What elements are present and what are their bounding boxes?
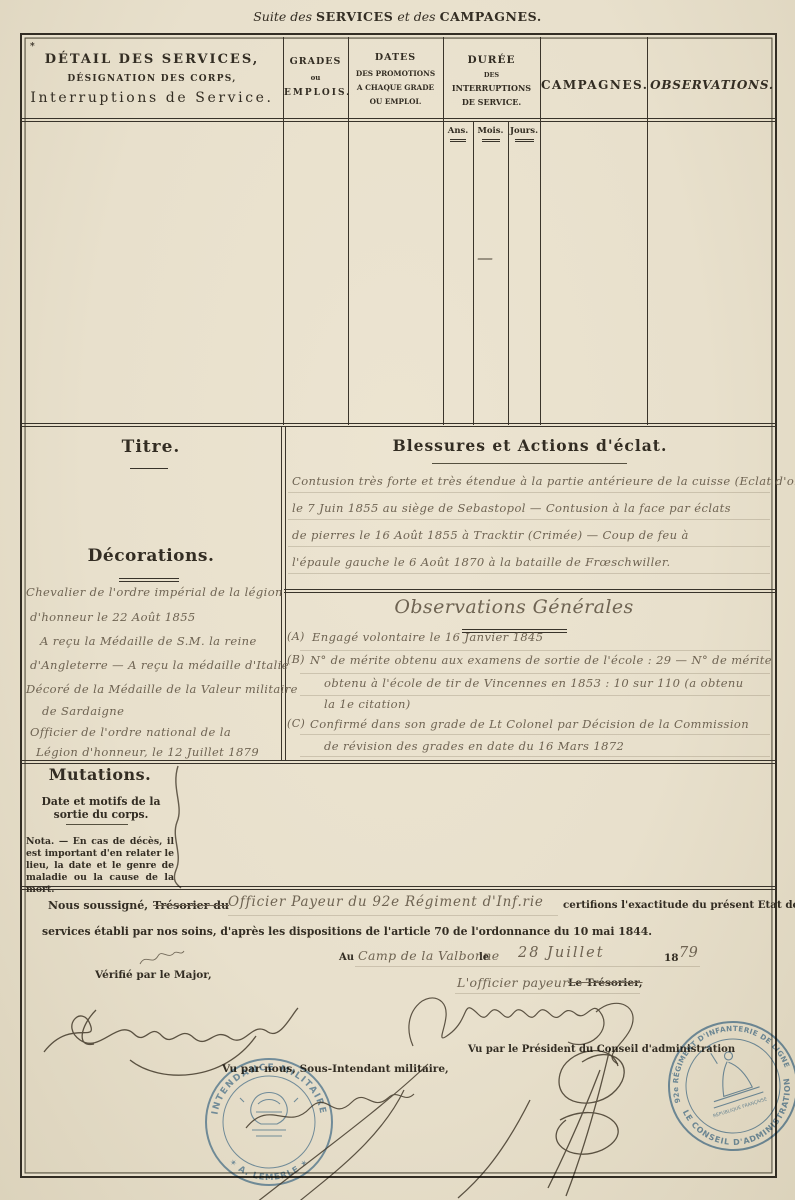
ruled-line xyxy=(288,492,770,493)
section-divider-line xyxy=(285,427,286,760)
date-au-printed: Au xyxy=(339,952,354,963)
subheader-underline xyxy=(515,139,534,142)
column-header-detail-services: DÉTAIL DES SERVICES, DÉSIGNATION DES COR… xyxy=(22,52,282,106)
obs-item-line: Confirmé dans son grade de Lt Colonel pa… xyxy=(310,717,749,731)
scanned-military-service-document: Suite des SERVICES et des CAMPAGNES. * D… xyxy=(0,0,795,1200)
obs-item-line: obtenu à l'école de tir de Vincennes en … xyxy=(324,676,744,690)
column-header-campagnes: CAMPAGNES. xyxy=(541,78,646,92)
obs-item-line: la 1e citation) xyxy=(324,697,411,711)
table-subcolumn-line xyxy=(473,122,474,425)
obs-generales-heading: Observations Générales xyxy=(284,596,744,618)
titre-heading: Titre. xyxy=(22,437,280,457)
header-line: DES xyxy=(444,71,539,79)
mois-dash-mark: — xyxy=(477,248,493,267)
obs-item-label: (B) xyxy=(287,653,305,666)
blessures-line: de pierres le 16 Août 1855 à Tracktir (C… xyxy=(292,528,689,542)
page-title: Suite des SERVICES et des CAMPAGNES. xyxy=(0,9,795,24)
header-line: GRADES xyxy=(284,56,347,67)
header-line: DÉTAIL DES SERVICES, xyxy=(22,52,282,67)
mutations-top-divider xyxy=(21,760,776,764)
header-line: DATES xyxy=(349,52,442,63)
ruled-line xyxy=(300,673,770,674)
column-header-duree: DURÉE DES INTERRUPTIONS DE SERVICE. xyxy=(444,54,539,107)
obs-item-label: (C) xyxy=(287,717,305,730)
column-header-grades: GRADES ou EMPLOIS. xyxy=(284,56,347,98)
ruled-line xyxy=(300,734,770,735)
ruled-line xyxy=(300,756,770,757)
header-line: INTERRUPTIONS xyxy=(444,83,539,93)
ruled-line xyxy=(355,966,700,967)
table-header-divider xyxy=(21,118,776,122)
decorations-line: d'honneur le 22 Août 1855 xyxy=(30,610,196,624)
certification-intro: Nous soussigné, xyxy=(48,899,148,912)
ruled-line xyxy=(455,993,640,994)
table-column-line xyxy=(540,37,541,425)
decorations-line: Officier de l'ordre national de la xyxy=(30,725,231,739)
obs-item-label: (A) xyxy=(287,630,305,643)
date-century-printed: 18 xyxy=(664,952,679,964)
column-header-observations: OBSERVATIONS. xyxy=(648,78,776,92)
certification-line2: services établi par nos soins, d'après l… xyxy=(42,925,652,938)
verified-by-major-label: Vérifié par le Major, xyxy=(95,969,212,981)
ruled-line xyxy=(288,573,770,574)
blessures-underline xyxy=(432,463,627,464)
ruled-line xyxy=(288,546,770,547)
blessures-line: l'épaule gauche le 6 Août 1870 à la bata… xyxy=(292,555,671,569)
decorations-line: Chevalier de l'ordre impérial de la légi… xyxy=(26,585,283,599)
title-part: Suite des xyxy=(253,9,312,24)
header-line: EMPLOIS. xyxy=(284,88,347,98)
obs-item-line: Engagé volontaire le 16 Janvier 1845 xyxy=(312,630,544,644)
header-line: Interruptions de Service. xyxy=(22,90,282,106)
mutations-nota: Nota. — En cas de décès, il est importan… xyxy=(26,836,174,896)
officier-payeur-label-handwritten: L'officier payeur xyxy=(457,975,569,990)
date-year-handwritten: 79 xyxy=(679,945,698,961)
title-part: CAMPAGNES. xyxy=(440,9,542,24)
subheader-mois: Mois. xyxy=(474,126,507,136)
ruled-line xyxy=(288,519,770,520)
obs-item-line: N° de mérite obtenu aux examens de sorti… xyxy=(310,653,772,667)
obs-item-line: de révision des grades en date du 16 Mar… xyxy=(324,739,624,753)
decorations-line: Décoré de la Médaille de la Valeur milit… xyxy=(26,682,298,696)
blessures-line: Contusion très forte et très étendue à l… xyxy=(292,474,795,488)
header-line: DÉSIGNATION DES CORPS, xyxy=(22,74,282,84)
column-header-dates: DATES DES PROMOTIONS A CHAQUE GRADE OU E… xyxy=(349,52,442,106)
title-part: et des xyxy=(397,9,435,24)
header-line: A CHAQUE GRADE xyxy=(349,83,442,92)
decorations-line: Légion d'honneur, le 12 Juillet 1879 xyxy=(36,745,259,759)
blessures-heading: Blessures et Actions d'éclat. xyxy=(284,436,776,455)
certification-handwritten: Officier Payeur du 92e Régiment d'Inf.ri… xyxy=(228,894,544,910)
ruled-line xyxy=(300,650,770,651)
decorations-heading: Décorations. xyxy=(22,546,280,566)
header-line: DES PROMOTIONS xyxy=(349,69,442,78)
subheader-ans: Ans. xyxy=(444,126,472,136)
subheader-underline xyxy=(450,139,466,142)
header-line: ou xyxy=(284,73,347,82)
subheader-jours: Jours. xyxy=(509,126,539,136)
mutations-heading: Mutations. xyxy=(40,765,160,784)
decorations-line: de Sardaigne xyxy=(42,704,124,718)
header-line: DURÉE xyxy=(444,54,539,66)
subheader-underline xyxy=(482,139,500,142)
mutations-subheading: Date et motifs de la sortie du corps. xyxy=(26,795,176,821)
table-column-line xyxy=(647,37,648,425)
tresorier-struck-label: Le Trésorier, xyxy=(568,977,643,989)
decorations-underline xyxy=(119,578,179,582)
decorations-line: A reçu la Médaille de S.M. la reine xyxy=(40,634,257,648)
president-conseil-label: Vu par le Président du Conseil d'adminis… xyxy=(468,1044,735,1055)
blessures-line: le 7 Juin 1855 au siège de Sebastopol — … xyxy=(292,501,731,515)
certification-struck-text: Trésorier du xyxy=(153,899,229,912)
ruled-line xyxy=(228,915,558,916)
date-day-month-handwritten: 28 Juillet xyxy=(518,945,605,961)
title-part: SERVICES xyxy=(316,9,393,24)
decorations-line: d'Angleterre — A reçu la médaille d'Ital… xyxy=(30,658,289,672)
corner-mark: * xyxy=(30,42,35,52)
sous-intendant-label: Vu par nous, Sous-Intendant militaire, xyxy=(222,1063,449,1075)
date-le-printed: le xyxy=(479,952,489,963)
table-subcolumn-line xyxy=(508,122,509,425)
table-bottom-divider xyxy=(21,423,776,427)
ruled-line xyxy=(300,695,770,696)
header-line: DE SERVICE. xyxy=(444,97,539,107)
obs-generales-top-divider xyxy=(284,589,776,593)
header-line: OU EMPLOI. xyxy=(349,97,442,106)
titre-underline xyxy=(130,468,168,470)
certification-line1-rest: certifions l'exactitude du présent Etat … xyxy=(563,899,795,911)
mutations-rule xyxy=(66,824,128,825)
